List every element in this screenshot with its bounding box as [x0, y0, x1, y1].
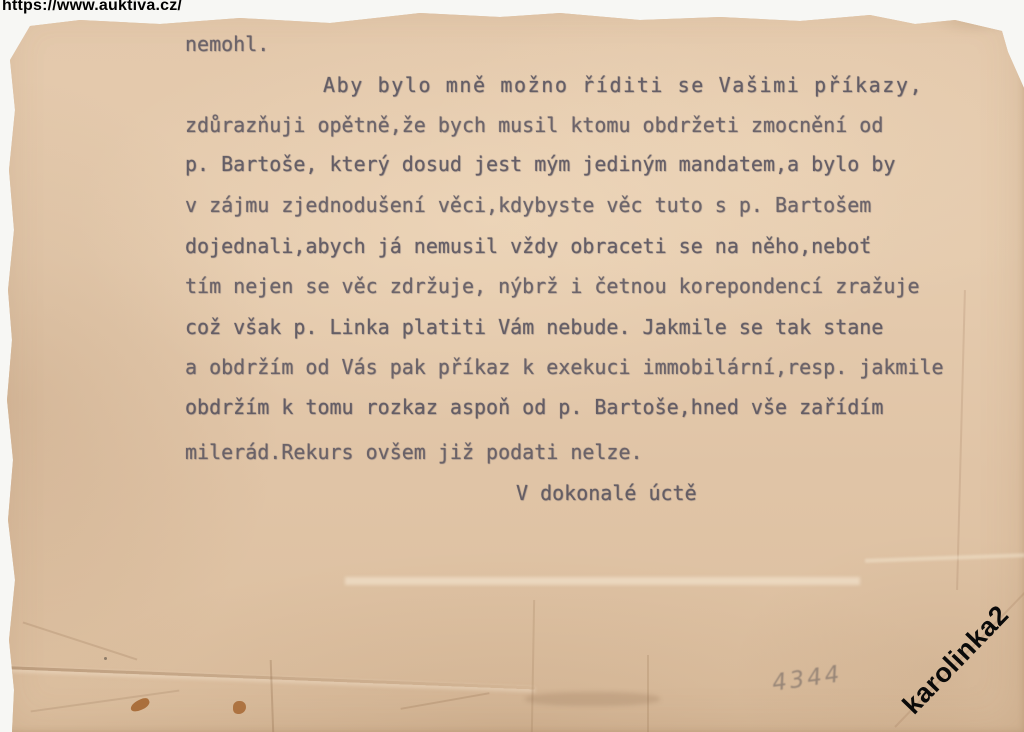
- typewritten-line: zdůrazňuji opětně,že bych musil ktomu ob…: [185, 113, 883, 137]
- typewritten-letter: nemohl. Aby bylo mně možno říditi se Vaš…: [185, 0, 995, 732]
- typewritten-line: Aby bylo mně možno říditi se Vašimi přík…: [323, 73, 923, 97]
- typewritten-line-nemohl: nemohl.: [185, 32, 269, 56]
- paper-speck: [217, 11, 220, 14]
- typewritten-line: obdržím k tomu rozkaz aspoň od p. Bartoš…: [185, 395, 883, 419]
- typewritten-closing-line: V dokonalé úctě: [516, 481, 697, 505]
- crease-line: [23, 622, 138, 661]
- source-url-watermark: https://www.auktiva.cz/: [2, 0, 182, 15]
- typewritten-line: p. Bartoše, který dosud jest mým jediným…: [185, 152, 895, 176]
- typewritten-line: což však p. Linka platiti Vám nebude. Ja…: [185, 315, 883, 339]
- letter-paper: nemohl. Aby bylo mně možno říditi se Vaš…: [0, 0, 1024, 732]
- typewritten-line: milerád.Rekurs ovšem již podati nelze.: [185, 440, 643, 464]
- stain-spot: [129, 696, 151, 714]
- typewritten-line: tím nejen se věc zdržuje, nýbrž i četnou…: [185, 274, 920, 298]
- typewritten-line: v zájmu zjednodušení věci,kdybyste věc t…: [185, 193, 871, 217]
- typewritten-line: a obdržím od Vás pak příkaz k exekuci im…: [185, 355, 944, 379]
- crease-line: [31, 690, 180, 713]
- typewritten-line: dojednali,abych já nemusil vždy obraceti…: [185, 234, 871, 258]
- paper-speck: [192, 14, 196, 18]
- paper-speck: [104, 657, 107, 660]
